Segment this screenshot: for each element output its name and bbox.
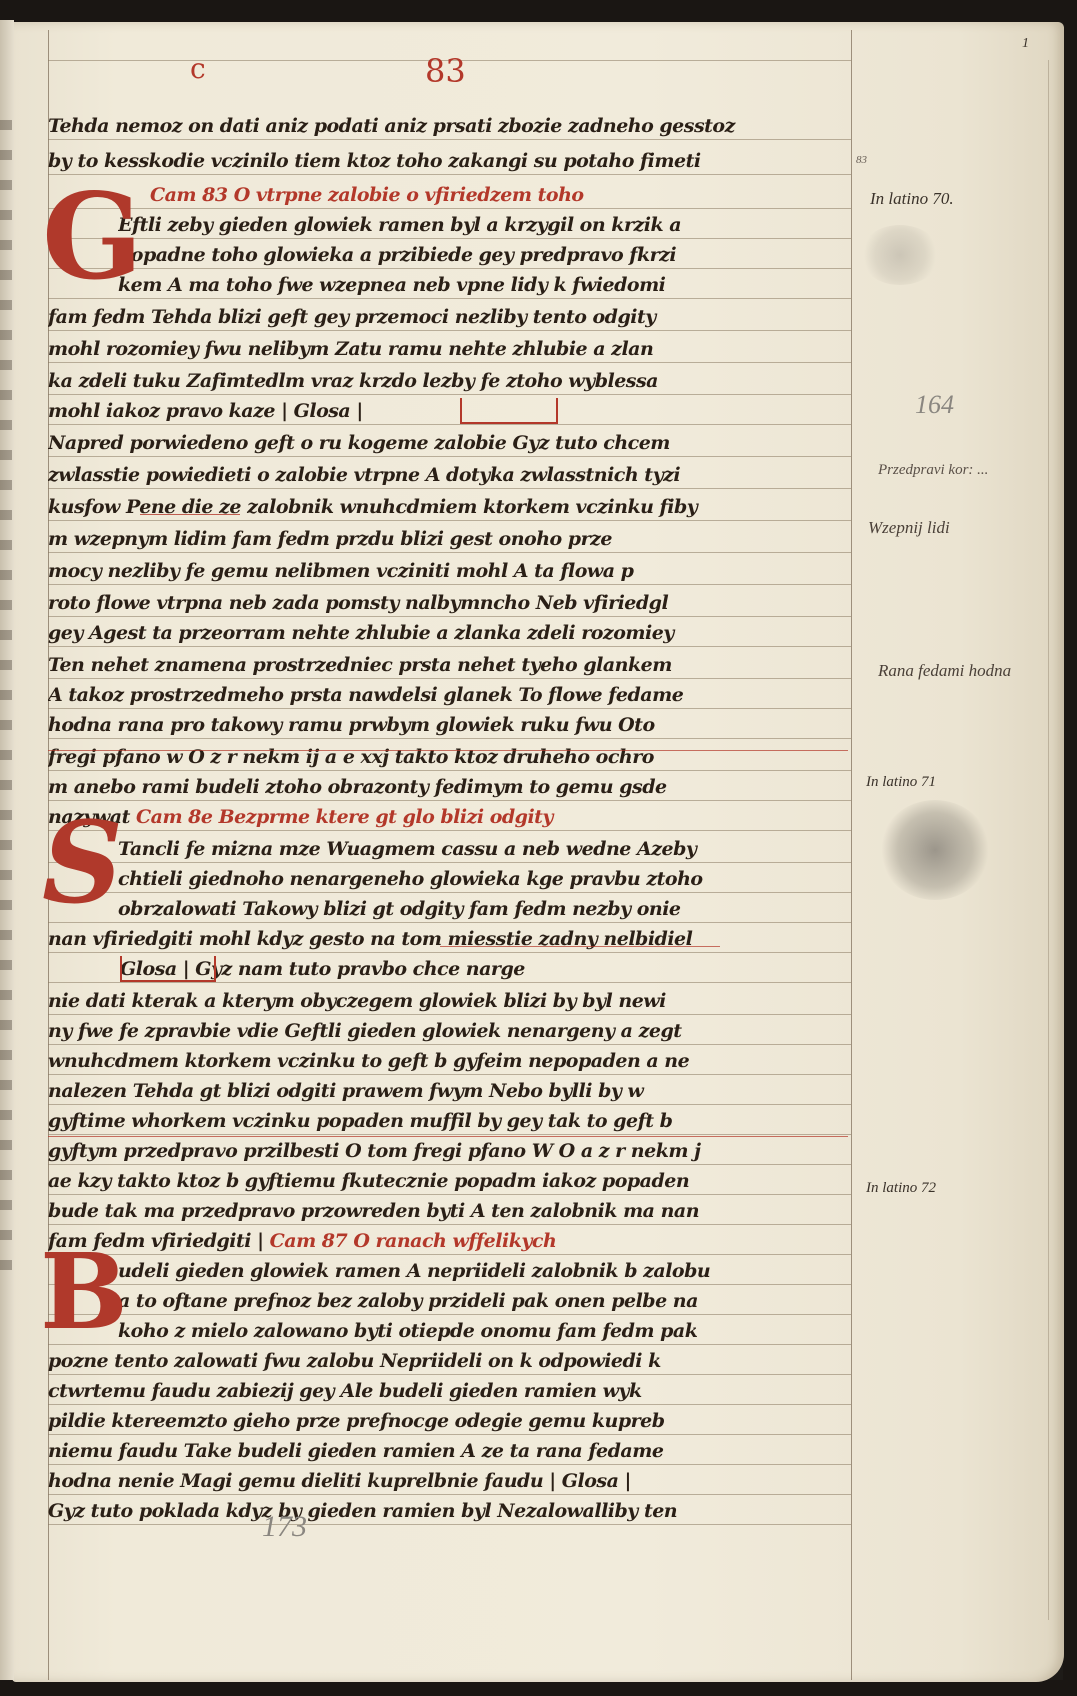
text-line: Napred porwiedeno geft o ru kogeme zalob… — [48, 428, 858, 458]
bottom-background — [0, 1680, 1077, 1696]
text-line: ae kzy takto ktoz b gyftiemu fkutecznie … — [48, 1166, 858, 1196]
initial-s: S — [42, 808, 123, 920]
text-line: fregi pfano w O z r nekm ij a e xxj takt… — [48, 742, 858, 772]
text-line: Tancli fe mizna mze Wuagmem cassu a neb … — [118, 834, 853, 864]
initial-g: G — [42, 178, 143, 296]
outer-ruling-line — [1048, 60, 1049, 1620]
text-line: chtieli giednoho nenargeneho glowieka kg… — [118, 864, 853, 894]
text-line: niemu faudu Take budeli gieden ramien A … — [48, 1436, 858, 1466]
text-line: hodna rana pro takowy ramu prwbym glowie… — [48, 710, 858, 740]
text-line: Ten nehet znamena prostrzedniec prsta ne… — [48, 650, 858, 680]
text-line: ctwrtemu faudu zabiezij gey Ale budeli g… — [48, 1376, 858, 1406]
folio-number: 83 — [425, 52, 466, 90]
text-line: roto flowe vtrpna neb zada pomsty nalbym… — [48, 588, 858, 618]
text-line: m wzepnym lidim fam fedm przdu blizi ges… — [48, 524, 858, 554]
red-underline — [440, 946, 720, 947]
text-line: pildie ktereemzto gieho prze prefnocge o… — [48, 1406, 858, 1436]
text-line: ka zdeli tuku Zafimtedlm vraz krzdo lezb… — [48, 366, 858, 396]
text-line: Eftli zeby gieden glowiek ramen byl a kr… — [118, 210, 853, 240]
rubric-heading: Cam 87 O ranach wffelikych — [270, 1230, 557, 1252]
rubric-heading: Cam 8e Bezprme ktere gt glo blizi odgity — [136, 806, 553, 828]
text-line: ny fwe fe zpravbie vdie Geftli gieden gl… — [48, 1016, 858, 1046]
text-line: zwlasstie powiedieti o zalobie vtrpne A … — [48, 460, 858, 490]
text-line: mohl rozomiey fwu nelibym Zatu ramu neht… — [48, 334, 858, 364]
corner-mark: 1 — [1022, 36, 1029, 52]
red-underline — [48, 1136, 848, 1137]
text-line: popadne toho glowieka a przibiede gey pr… — [118, 240, 853, 270]
text-line: pozne tento zalowati fwu zalobu Nepriide… — [48, 1346, 858, 1376]
ink-smudge — [880, 800, 990, 900]
text-line: gyftime whorkem vczinku popaden muffil b… — [48, 1106, 858, 1136]
stain — [860, 225, 940, 285]
text-line: udeli gieden glowiek ramen A nepriideli … — [118, 1256, 853, 1286]
red-underline — [140, 514, 240, 515]
initial-b: B — [40, 1240, 128, 1344]
text-line: hodna nenie Magi gemu dieliti kuprelbnie… — [48, 1466, 858, 1496]
facing-leaf-text — [0, 120, 12, 1270]
text-line: gyftym przedpravo przilbesti O tom fregi… — [48, 1136, 858, 1166]
text-line-with-rubric: fam fedm vfiriedgiti | Cam 87 O ranach w… — [48, 1226, 858, 1256]
gloss-frame — [460, 398, 558, 424]
text-line: m anebo rami budeli ztoho obrazonty fedi… — [48, 772, 858, 802]
text-line: a to oftane prefnoz bez zaloby przideli … — [118, 1286, 853, 1316]
text-line: A takoz prostrzedmeho prsta nawdelsi gla… — [48, 680, 858, 710]
text-line: obrzalowati Takowy blizi gt odgity fam f… — [118, 894, 853, 924]
margin-note-wzepnij-lidi: Wzepnij lidi — [868, 518, 950, 538]
text-line: mohl iakoz pravo kaze | Glosa | — [48, 396, 858, 426]
gloss-line: Glosa | Gyz nam tuto pravbo chce narge — [120, 954, 930, 984]
margin-note-rana-fedami: Rana fedami hodna — [878, 660, 1028, 682]
text-line: mocy nezliby fe gemu nelibmen vcziniti m… — [48, 556, 858, 586]
rubric-heading: Cam 83 O vtrpne zalobie o vfiriedzem toh… — [150, 180, 850, 210]
text-line: bude tak ma przedpravo przowreden byti A… — [48, 1196, 858, 1226]
pencil-foliation-164: 164 — [915, 390, 954, 420]
red-underline — [48, 750, 848, 751]
text-line: kusfow Pene die ze zalobnik wnuhcdmiem k… — [48, 492, 858, 522]
quire-mark: c — [190, 52, 206, 85]
text-line: koho z mielo zalowano byti otiepde onomu… — [118, 1316, 853, 1346]
margin-note-latino-70: In latino 70. — [870, 188, 990, 210]
margin-note-przedpravi: Przedpravi kor: ... — [878, 462, 1028, 479]
top-background — [0, 0, 1077, 22]
text-line-with-rubric: nazywat Cam 8e Bezprme ktere gt glo bliz… — [48, 802, 858, 832]
text-line: nan vfiriedgiti mohl kdyz gesto na tom m… — [48, 924, 858, 954]
margin-note-latino-71: In latino 71 — [866, 774, 936, 791]
text-line: kem A ma toho fwe wzepnea neb vpne lidy … — [118, 270, 853, 300]
text-line: wnuhcdmem ktorkem vczinku to geft b gyfe… — [48, 1046, 858, 1076]
text-line: fam fedm Tehda blizi geft gey przemoci n… — [48, 302, 858, 332]
text-line: Tehda nemoz on dati aniz podati aniz prs… — [48, 111, 858, 141]
text-line: nalezen Tehda gt blizi odgiti prawem fwy… — [48, 1076, 858, 1106]
text-line: gey Agest ta przeorram nehte zhlubie a z… — [48, 618, 858, 648]
text-line: Gyz tuto poklada kdyz by gieden ramien b… — [48, 1496, 858, 1526]
pencil-number-173: 173 — [262, 1510, 307, 1544]
gloss-frame — [120, 956, 216, 982]
ruling-mark-83: 83 — [856, 154, 867, 166]
right-background — [1063, 0, 1077, 1696]
text-line: nie dati kterak a kterym obyczegem glowi… — [48, 986, 858, 1016]
text-line: by to kesskodie vczinilo tiem ktoz toho … — [48, 146, 858, 176]
margin-note-latino-72: In latino 72 — [866, 1180, 936, 1197]
facing-leaf-edge — [0, 20, 14, 1680]
